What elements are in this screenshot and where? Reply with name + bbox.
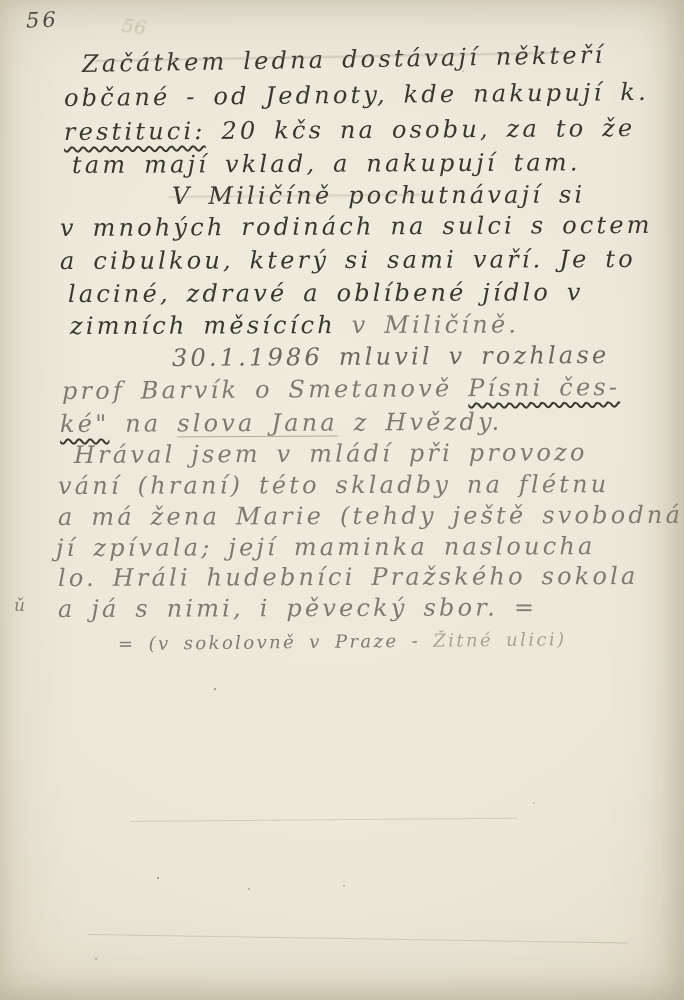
- handwritten-line: a má žena Marie (tehdy ještě svobodná: [58, 501, 683, 531]
- line-text: vání (hraní) této skladby na flétnu: [58, 470, 610, 500]
- line-text: jí zpívala; její maminka nasloucha: [56, 532, 596, 562]
- handwritten-line: ké" na slova Jana z Hvězdy.: [60, 408, 503, 438]
- paper-crease: [88, 934, 628, 943]
- handwritten-line: 30.1.1986 mluvil v rozhlase: [172, 341, 610, 372]
- handwritten-line: Hrával jsem v mládí při provozo: [74, 438, 588, 469]
- line-text: 20 kčs na osobu, za to že: [206, 114, 636, 145]
- handwritten-line: lo. Hráli hudebníci Pražského sokola: [58, 562, 639, 592]
- handwritten-line: občané - od Jednoty, kde nakupují k.: [64, 78, 649, 112]
- paper-crease: [130, 818, 518, 822]
- line-text: a má žena Marie (tehdy ještě svobodná: [58, 501, 683, 531]
- handwritten-line: v mnohých rodinách na sulci s octem: [60, 211, 653, 242]
- handwritten-line: jí zpívala; její maminka nasloucha: [56, 532, 596, 562]
- paper-speck: [214, 688, 216, 690]
- page-number: 56: [26, 7, 60, 32]
- line-text-underlined: Písni čes-: [468, 373, 620, 402]
- handwritten-line: vání (hraní) této skladby na flétnu: [58, 470, 610, 500]
- paper-speck: [343, 885, 345, 887]
- handwritten-line: zimních měsících v Miličíně.: [70, 310, 519, 340]
- handwritten-footnote: = (v sokolovně v Praze - Žitné ulici): [118, 629, 567, 655]
- line-text: a cibulkou, který si sami vaří. Je to: [60, 245, 636, 275]
- margin-mark: ǔ: [14, 596, 25, 616]
- paper-speck: [157, 877, 159, 879]
- line-text: občané - od Jednoty, kde nakupují k.: [64, 78, 649, 112]
- line-text: na: [109, 409, 177, 437]
- line-text-underlined: restituci:: [64, 117, 206, 146]
- line-text: a já s nimi, i pěvecký sbor. =: [58, 593, 537, 623]
- line-text: = (v sokolovně v Praze -: [118, 631, 433, 655]
- line-text: tam mají vklad, a nakupují tam.: [72, 148, 581, 179]
- handwritten-line: laciné, zdravé a oblíbené jídlo v: [68, 278, 584, 308]
- handwritten-line: tam mají vklad, a nakupují tam.: [72, 148, 581, 179]
- line-text-underlined: ké": [60, 410, 110, 438]
- paper-speck: [462, 70, 464, 72]
- handwritten-line: prof Barvík o Smetanově Písni čes-: [62, 373, 620, 405]
- page-number-ghost-offset: 56: [121, 14, 148, 39]
- handwritten-line: restituci: 20 kčs na osobu, za to že: [64, 114, 636, 146]
- notebook-page: 56 56 Začátkem ledna dostávají někteří o…: [0, 0, 684, 1000]
- line-text: Hrával jsem v mládí při provozo: [74, 438, 588, 469]
- line-text: zimních měsících: [70, 311, 352, 340]
- paper-speck: [95, 958, 97, 960]
- line-text: v mnohých rodinách na sulci s octem: [60, 211, 653, 242]
- line-text: lo. Hráli hudebníci Pražského sokola: [58, 562, 639, 592]
- line-text: z Hvězdy.: [338, 408, 503, 437]
- line-text-underlined-light: slova Jana: [177, 409, 338, 438]
- handwritten-line: a já s nimi, i pěvecký sbor. =: [58, 593, 537, 623]
- paper-speck: [248, 888, 250, 890]
- paper-speck: [533, 802, 535, 804]
- line-text: laciné, zdravé a oblíbené jídlo v: [68, 278, 584, 308]
- line-text-faint: Žitné ulici): [433, 629, 566, 651]
- line-text-pencil: v Miličíně.: [352, 310, 520, 339]
- line-text: prof Barvík o Smetanově: [62, 374, 468, 405]
- handwritten-line: a cibulkou, který si sami vaří. Je to: [60, 245, 636, 275]
- line-text: 30.1.1986 mluvil v rozhlase: [172, 341, 610, 372]
